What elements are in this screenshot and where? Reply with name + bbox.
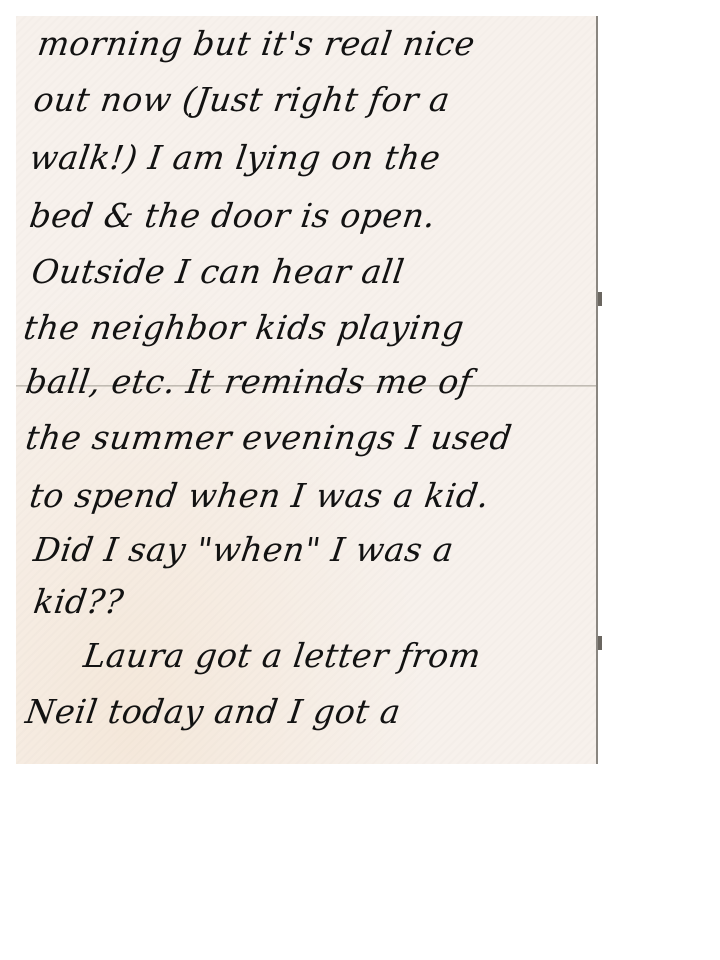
handwritten-line-4: bed & the door is open. bbox=[27, 196, 598, 235]
handwritten-line-7: ball, etc. It reminds me of bbox=[23, 362, 598, 401]
handwritten-line-11: kid?? bbox=[31, 582, 598, 621]
edge-mark bbox=[598, 636, 602, 650]
handwritten-line-9: to spend when I was a kid. bbox=[27, 476, 598, 515]
handwritten-line-2: out now (Just right for a bbox=[31, 80, 598, 119]
handwritten-line-6: the neighbor kids playing bbox=[21, 308, 598, 347]
edge-mark bbox=[598, 292, 602, 306]
handwritten-line-10: Did I say "when" I was a bbox=[31, 530, 598, 569]
handwritten-line-13: Neil today and I got a bbox=[23, 692, 598, 731]
handwritten-line-5: Outside I can hear all bbox=[29, 252, 598, 291]
handwritten-line-12: Laura got a letter from bbox=[81, 636, 598, 675]
letter-page: morning but it's real nice out now (Just… bbox=[16, 16, 598, 764]
handwritten-line-3: walk!) I am lying on the bbox=[27, 138, 598, 177]
handwritten-line-1: morning but it's real nice bbox=[35, 24, 598, 63]
handwritten-line-8: the summer evenings I used bbox=[23, 418, 598, 457]
